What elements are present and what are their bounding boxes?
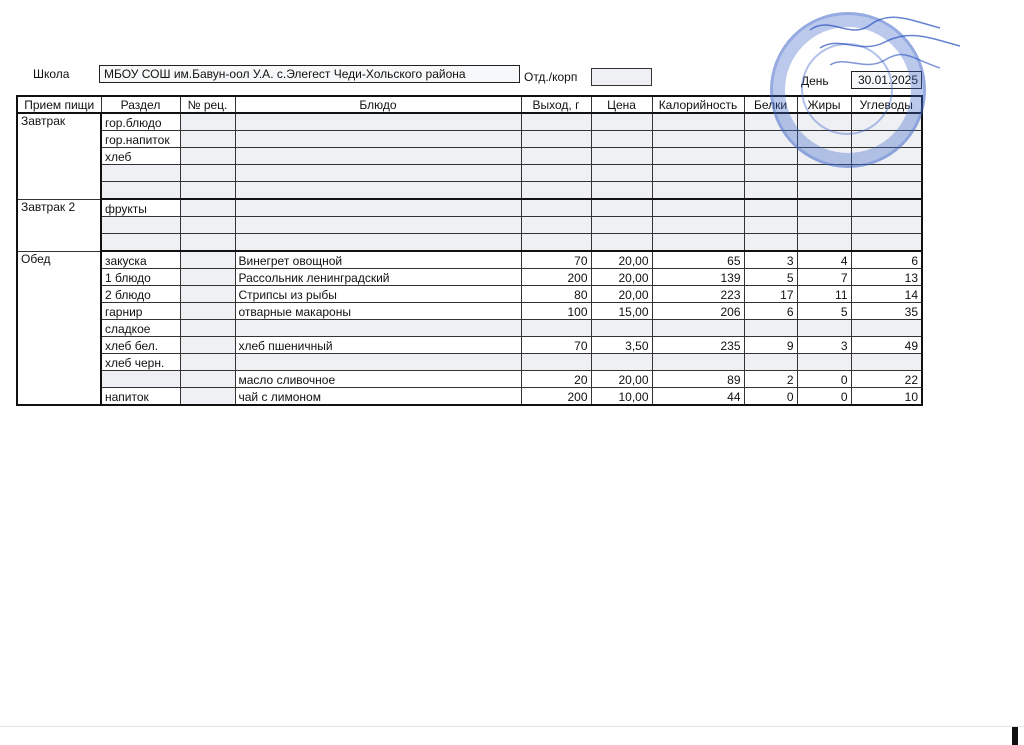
table-row [17, 234, 922, 252]
dish-cell[interactable]: Рассольник ленинградский [235, 269, 521, 286]
fat-cell[interactable]: 5 [797, 303, 851, 320]
dish-cell[interactable] [235, 217, 521, 234]
yield-cell[interactable]: 200 [521, 269, 591, 286]
fat-cell[interactable]: 3 [797, 337, 851, 354]
calories-cell[interactable]: 206 [652, 303, 744, 320]
recipe-cell[interactable] [180, 371, 235, 388]
recipe-cell[interactable] [180, 113, 235, 131]
recipe-cell[interactable] [180, 354, 235, 371]
protein-cell[interactable]: 6 [744, 303, 797, 320]
price-cell[interactable] [591, 354, 652, 371]
protein-cell[interactable] [744, 131, 797, 148]
column-header: Калорийность [652, 96, 744, 113]
section-cell[interactable] [101, 234, 180, 252]
dish-cell[interactable]: Винегрет овощной [235, 251, 521, 269]
yield-cell[interactable] [521, 199, 591, 217]
yield-cell[interactable]: 70 [521, 337, 591, 354]
menu-table: Прием пищиРаздел№ рец.БлюдоВыход, гЦенаК… [16, 95, 923, 406]
yield-cell[interactable]: 200 [521, 388, 591, 406]
yield-cell[interactable] [521, 148, 591, 165]
dish-cell[interactable]: чай с лимоном [235, 388, 521, 406]
protein-cell[interactable] [744, 320, 797, 337]
recipe-cell[interactable] [180, 234, 235, 252]
carbs-cell[interactable] [851, 320, 922, 337]
dish-cell[interactable] [235, 113, 521, 131]
protein-cell[interactable] [744, 234, 797, 252]
column-header: Прием пищи [17, 96, 101, 113]
scan-edge-line [0, 726, 1024, 727]
section-cell[interactable]: сладкое [101, 320, 180, 337]
carbs-cell[interactable] [851, 354, 922, 371]
dish-cell[interactable]: масло сливочное [235, 371, 521, 388]
price-cell[interactable] [591, 148, 652, 165]
calories-cell[interactable] [652, 148, 744, 165]
recipe-cell[interactable] [180, 286, 235, 303]
protein-cell[interactable]: 0 [744, 388, 797, 406]
price-cell[interactable] [591, 320, 652, 337]
price-cell[interactable]: 10,00 [591, 388, 652, 406]
section-cell[interactable]: гор.блюдо [101, 113, 180, 131]
yield-cell[interactable]: 20 [521, 371, 591, 388]
calories-cell[interactable] [652, 113, 744, 131]
protein-cell[interactable] [744, 199, 797, 217]
calories-cell[interactable] [652, 199, 744, 217]
yield-cell[interactable]: 70 [521, 251, 591, 269]
yield-cell[interactable] [521, 165, 591, 182]
protein-cell[interactable]: 5 [744, 269, 797, 286]
price-cell[interactable] [591, 234, 652, 252]
carbs-cell[interactable] [851, 234, 922, 252]
section-cell[interactable]: 1 блюдо [101, 269, 180, 286]
dish-cell[interactable]: хлеб пшеничный [235, 337, 521, 354]
fat-cell[interactable] [797, 113, 851, 131]
carbs-cell[interactable] [851, 131, 922, 148]
calories-cell[interactable] [652, 320, 744, 337]
price-cell[interactable]: 20,00 [591, 286, 652, 303]
calories-cell[interactable]: 89 [652, 371, 744, 388]
section-cell[interactable] [101, 217, 180, 234]
table-row: хлеб бел.хлеб пшеничный703,502359349 [17, 337, 922, 354]
recipe-cell[interactable] [180, 269, 235, 286]
price-cell[interactable]: 20,00 [591, 371, 652, 388]
calories-cell[interactable]: 44 [652, 388, 744, 406]
fat-cell[interactable] [797, 320, 851, 337]
price-cell[interactable] [591, 165, 652, 182]
protein-cell[interactable] [744, 165, 797, 182]
table-row: масло сливочное2020,00892022 [17, 371, 922, 388]
section-cell[interactable]: хлеб [101, 148, 180, 165]
protein-cell[interactable] [744, 217, 797, 234]
fat-cell[interactable] [797, 199, 851, 217]
carbs-cell[interactable]: 49 [851, 337, 922, 354]
yield-cell[interactable] [521, 182, 591, 200]
protein-cell[interactable]: 2 [744, 371, 797, 388]
scan-edge-mark [1012, 727, 1018, 745]
table-row: 2 блюдоСтрипсы из рыбы8020,00223171114 [17, 286, 922, 303]
price-cell[interactable]: 20,00 [591, 251, 652, 269]
section-cell[interactable]: гор.напиток [101, 131, 180, 148]
section-cell[interactable]: хлеб черн. [101, 354, 180, 371]
calories-cell[interactable] [652, 182, 744, 200]
table-row: ОбедзакускаВинегрет овощной7020,0065346 [17, 251, 922, 269]
table-body: Завтракгор.блюдогор.напитокхлебЗавтрак 2… [17, 113, 922, 405]
dept-label: Отд./корп [524, 70, 577, 84]
recipe-cell[interactable] [180, 388, 235, 406]
dish-cell[interactable] [235, 199, 521, 217]
price-cell[interactable] [591, 199, 652, 217]
fat-cell[interactable] [797, 217, 851, 234]
date-field[interactable]: 30.01.2025 [851, 71, 922, 89]
price-cell[interactable] [591, 131, 652, 148]
dish-cell[interactable] [235, 182, 521, 200]
recipe-cell[interactable] [180, 148, 235, 165]
column-header: Углеводы [851, 96, 922, 113]
carbs-cell[interactable]: 10 [851, 388, 922, 406]
table-row: сладкое [17, 320, 922, 337]
calories-cell[interactable]: 223 [652, 286, 744, 303]
dish-cell[interactable]: отварные макароны [235, 303, 521, 320]
recipe-cell[interactable] [180, 182, 235, 200]
table-row: Завтракгор.блюдо [17, 113, 922, 131]
calories-cell[interactable] [652, 354, 744, 371]
table-row [17, 165, 922, 182]
calories-cell[interactable] [652, 234, 744, 252]
section-cell[interactable]: закуска [101, 251, 180, 269]
carbs-cell[interactable] [851, 148, 922, 165]
day-label: День [801, 74, 829, 88]
dish-cell[interactable] [235, 131, 521, 148]
column-header: Белки [744, 96, 797, 113]
carbs-cell[interactable]: 22 [851, 371, 922, 388]
yield-cell[interactable] [521, 131, 591, 148]
column-header: Выход, г [521, 96, 591, 113]
protein-cell[interactable]: 3 [744, 251, 797, 269]
carbs-cell[interactable] [851, 165, 922, 182]
school-field[interactable]: МБОУ СОШ им.Бавун-оол У.А. с.Элегест Чед… [99, 65, 520, 83]
section-cell[interactable] [101, 371, 180, 388]
column-header: Блюдо [235, 96, 521, 113]
fat-cell[interactable]: 11 [797, 286, 851, 303]
table-row: 1 блюдоРассольник ленинградский20020,001… [17, 269, 922, 286]
yield-cell[interactable] [521, 217, 591, 234]
dish-cell[interactable]: Стрипсы из рыбы [235, 286, 521, 303]
fat-cell[interactable]: 4 [797, 251, 851, 269]
fat-cell[interactable] [797, 165, 851, 182]
table-row: напитокчай с лимоном20010,00440010 [17, 388, 922, 406]
calories-cell[interactable]: 235 [652, 337, 744, 354]
calories-cell[interactable] [652, 131, 744, 148]
calories-cell[interactable]: 65 [652, 251, 744, 269]
protein-cell[interactable] [744, 148, 797, 165]
price-cell[interactable] [591, 182, 652, 200]
column-header: Цена [591, 96, 652, 113]
recipe-cell[interactable] [180, 251, 235, 269]
meal-cell: Завтрак [17, 113, 101, 199]
section-cell[interactable]: 2 блюдо [101, 286, 180, 303]
dish-cell[interactable] [235, 148, 521, 165]
protein-cell[interactable] [744, 354, 797, 371]
recipe-cell[interactable] [180, 320, 235, 337]
yield-cell[interactable] [521, 320, 591, 337]
calories-cell[interactable] [652, 217, 744, 234]
table-row: хлеб черн. [17, 354, 922, 371]
price-cell[interactable]: 20,00 [591, 269, 652, 286]
dish-cell[interactable] [235, 354, 521, 371]
dept-field[interactable] [591, 68, 652, 86]
price-cell[interactable]: 15,00 [591, 303, 652, 320]
price-cell[interactable] [591, 217, 652, 234]
fat-cell[interactable] [797, 131, 851, 148]
section-cell[interactable]: фрукты [101, 199, 180, 217]
fat-cell[interactable] [797, 182, 851, 200]
price-cell[interactable]: 3,50 [591, 337, 652, 354]
table-row [17, 182, 922, 200]
section-cell[interactable]: гарнир [101, 303, 180, 320]
table-row: Завтрак 2фрукты [17, 199, 922, 217]
meal-cell: Обед [17, 251, 101, 405]
table-row: хлеб [17, 148, 922, 165]
section-cell[interactable] [101, 165, 180, 182]
recipe-cell[interactable] [180, 217, 235, 234]
carbs-cell[interactable]: 6 [851, 251, 922, 269]
dish-cell[interactable] [235, 165, 521, 182]
carbs-cell[interactable] [851, 182, 922, 200]
recipe-cell[interactable] [180, 131, 235, 148]
recipe-cell[interactable] [180, 337, 235, 354]
fat-cell[interactable] [797, 234, 851, 252]
school-label: Школа [33, 67, 69, 81]
carbs-cell[interactable]: 14 [851, 286, 922, 303]
section-cell[interactable]: напиток [101, 388, 180, 406]
carbs-cell[interactable] [851, 217, 922, 234]
recipe-cell[interactable] [180, 165, 235, 182]
table-header-row: Прием пищиРаздел№ рец.БлюдоВыход, гЦенаК… [17, 96, 922, 113]
column-header: Раздел [101, 96, 180, 113]
recipe-cell[interactable] [180, 199, 235, 217]
yield-cell[interactable] [521, 354, 591, 371]
meal-cell: Завтрак 2 [17, 199, 101, 251]
yield-cell[interactable]: 100 [521, 303, 591, 320]
dish-cell[interactable] [235, 320, 521, 337]
table-row: гарниротварные макароны10015,002066535 [17, 303, 922, 320]
yield-cell[interactable] [521, 113, 591, 131]
fat-cell[interactable] [797, 148, 851, 165]
fat-cell[interactable]: 7 [797, 269, 851, 286]
yield-cell[interactable]: 80 [521, 286, 591, 303]
handwritten-signature-icon [790, 10, 970, 80]
calories-cell[interactable] [652, 165, 744, 182]
section-cell[interactable]: хлеб бел. [101, 337, 180, 354]
carbs-cell[interactable] [851, 199, 922, 217]
section-cell[interactable] [101, 182, 180, 200]
yield-cell[interactable] [521, 234, 591, 252]
carbs-cell[interactable] [851, 113, 922, 131]
column-header: № рец. [180, 96, 235, 113]
protein-cell[interactable]: 9 [744, 337, 797, 354]
protein-cell[interactable] [744, 113, 797, 131]
price-cell[interactable] [591, 113, 652, 131]
table-row: гор.напиток [17, 131, 922, 148]
carbs-cell[interactable]: 35 [851, 303, 922, 320]
recipe-cell[interactable] [180, 303, 235, 320]
dish-cell[interactable] [235, 234, 521, 252]
protein-cell[interactable] [744, 182, 797, 200]
table-row [17, 217, 922, 234]
carbs-cell[interactable]: 13 [851, 269, 922, 286]
fat-cell[interactable]: 0 [797, 388, 851, 406]
calories-cell[interactable]: 139 [652, 269, 744, 286]
column-header: Жиры [797, 96, 851, 113]
fat-cell[interactable]: 0 [797, 371, 851, 388]
fat-cell[interactable] [797, 354, 851, 371]
protein-cell[interactable]: 17 [744, 286, 797, 303]
